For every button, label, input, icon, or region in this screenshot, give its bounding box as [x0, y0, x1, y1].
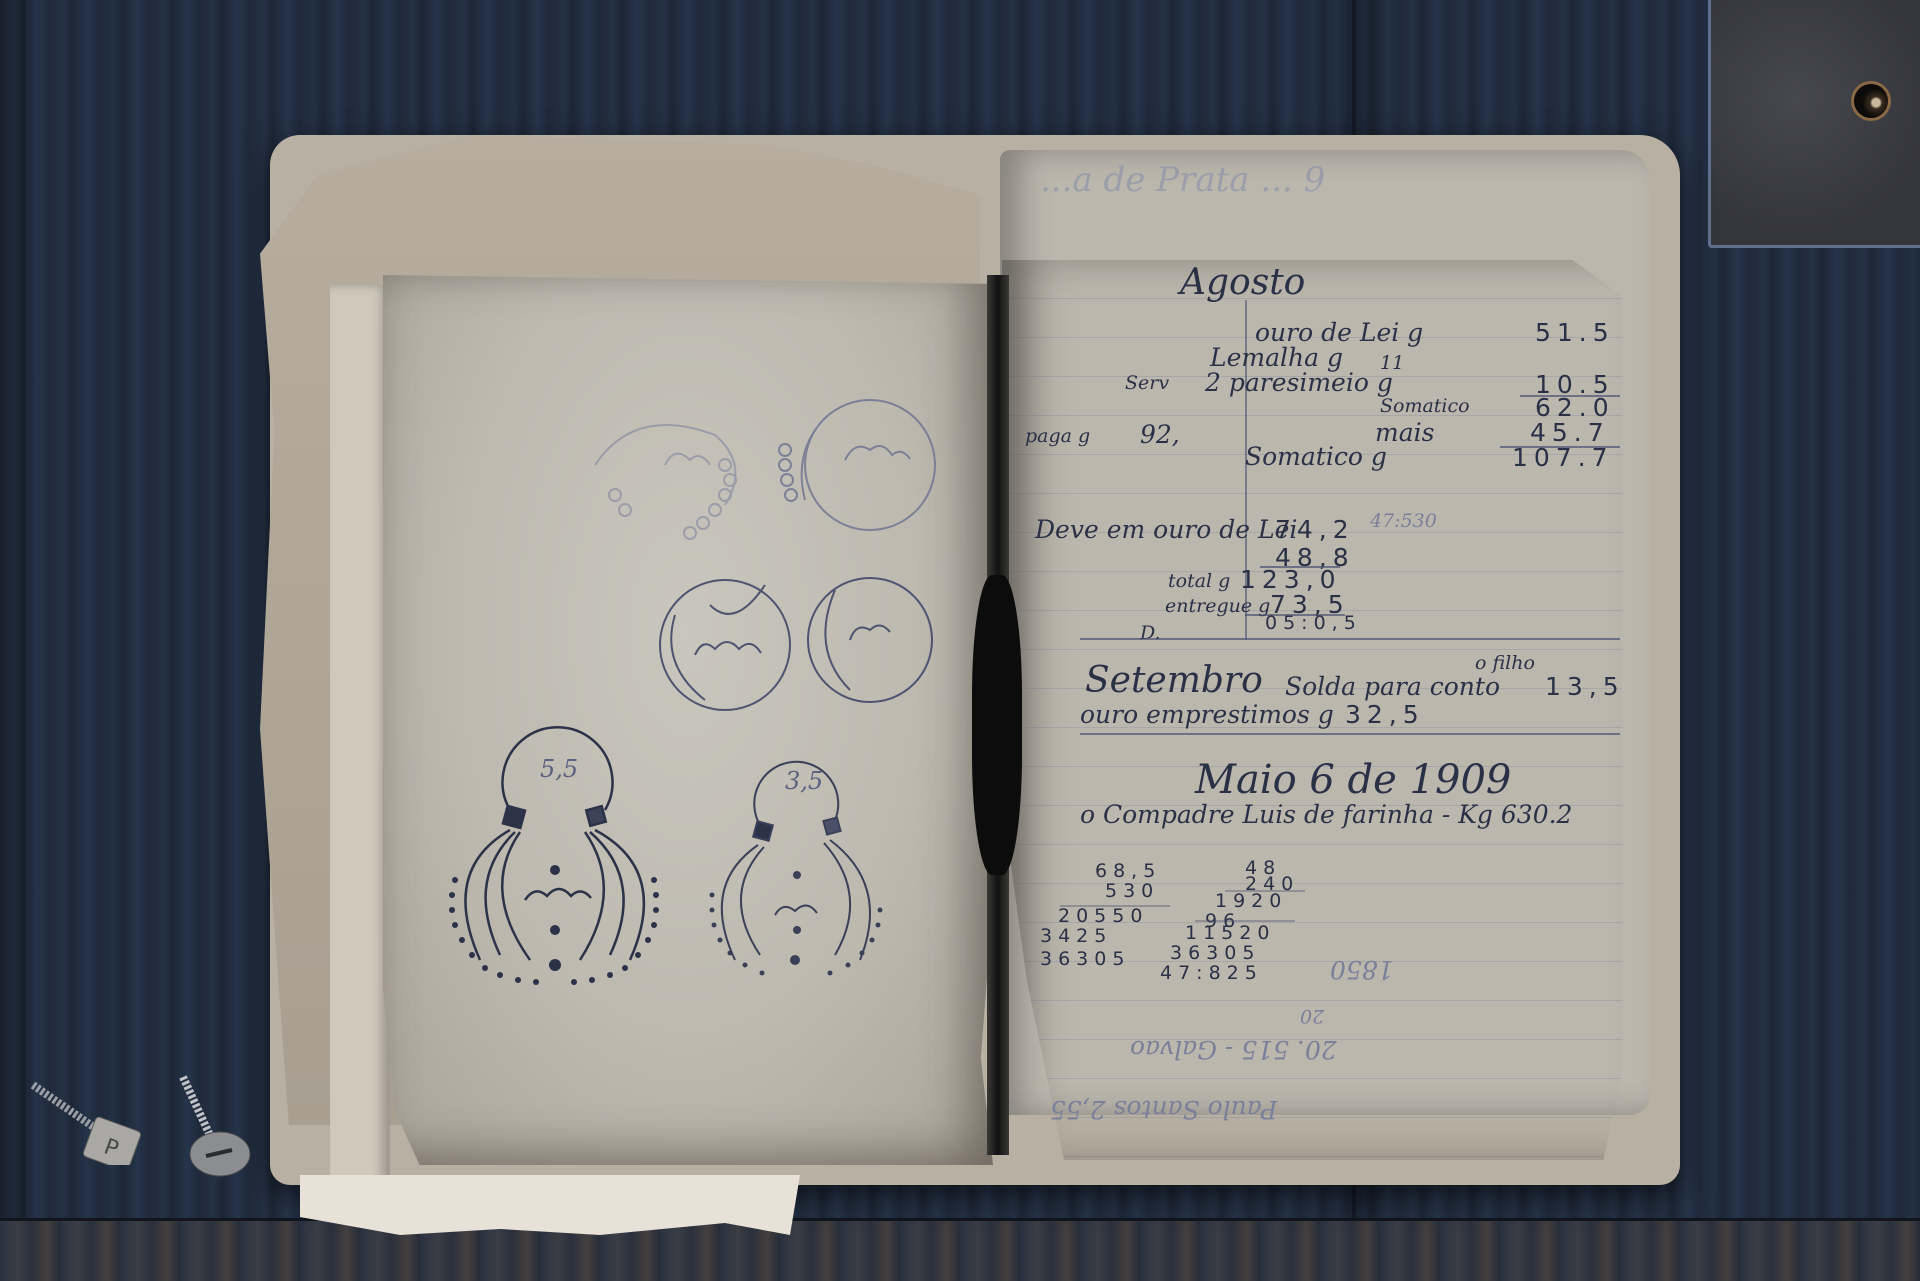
upside-note: 20. 515 - Galvao	[1130, 1035, 1337, 1064]
month-heading-setembro: Setembro	[1085, 660, 1263, 701]
metal-plate	[1708, 0, 1920, 248]
entry-value: 107.7	[1512, 443, 1614, 472]
faint-round-earring-1-sketch	[575, 405, 755, 560]
emprestimo-value: 32,5	[1345, 700, 1425, 729]
debt-value-1: 74,2	[1275, 515, 1355, 544]
setembro-value: 13,5	[1545, 672, 1625, 701]
screw-hole-icon	[1854, 84, 1888, 118]
loose-paper-scrap	[300, 1175, 800, 1235]
section-divider	[1080, 733, 1620, 735]
calc-value: 530	[1105, 880, 1159, 902]
calc-value: 68,5	[1095, 860, 1161, 882]
calc-value: 11520	[1185, 922, 1275, 944]
weight-label-large: 5,5	[540, 755, 578, 783]
upside-note: Paulo Santos 2,55	[1050, 1095, 1277, 1124]
weight-label-small: 3,5	[785, 767, 823, 795]
calc-value: 47:825	[1160, 962, 1263, 984]
calc-value: 20550	[1058, 905, 1148, 927]
wood-screw-icon	[178, 1072, 268, 1187]
month-heading-agosto: Agosto	[1180, 262, 1305, 303]
setembro-label: Solda para conto	[1285, 672, 1500, 701]
difference-value: 05:0,5	[1265, 612, 1362, 634]
debt-mark: D.	[1140, 622, 1161, 644]
calc-value: 1920	[1215, 890, 1287, 912]
total-label: total g	[1168, 570, 1230, 592]
gutter-tear	[972, 575, 1022, 875]
calc-value: 3425	[1040, 925, 1112, 947]
date-heading: Maio 6 de 1909	[1195, 757, 1511, 803]
calc-value: 36305	[1170, 942, 1260, 964]
emprestimo-label: ouro emprestimos g	[1080, 700, 1334, 729]
key-screw-icon: P	[28, 1075, 158, 1170]
entry-label: Somatico g	[1245, 442, 1387, 471]
section-divider	[1080, 638, 1620, 640]
upside-note: 20	[1300, 1005, 1324, 1027]
entry-left-number: 92,	[1140, 420, 1180, 449]
crescent-earring-1-sketch	[655, 575, 805, 720]
debt-label: Deve em ouro de Lei	[1035, 515, 1297, 544]
upside-note: 1850	[1330, 955, 1394, 984]
faint-round-earring-2-sketch	[775, 390, 945, 545]
entry-value: 51.5	[1535, 318, 1615, 347]
entry-prefix: Serv	[1125, 372, 1169, 394]
entry-label: Somatico	[1380, 395, 1470, 417]
entry-label: 2 paresimeio g	[1205, 368, 1393, 397]
crescent-earring-2-sketch	[805, 570, 935, 715]
compadre-line: o Compadre Luis de farinha - Kg 630.2	[1080, 800, 1572, 829]
page-edge-stack	[330, 285, 390, 1185]
calc-value: 36305	[1040, 948, 1130, 970]
setembro-above-note: o filho	[1475, 652, 1535, 674]
faint-header: ...a de Prata ... 9	[1040, 160, 1325, 200]
debt-side-note: 47:530	[1370, 510, 1437, 532]
wood-plank-seam	[22, 0, 26, 1281]
entry-left-note: paga g	[1025, 425, 1090, 447]
